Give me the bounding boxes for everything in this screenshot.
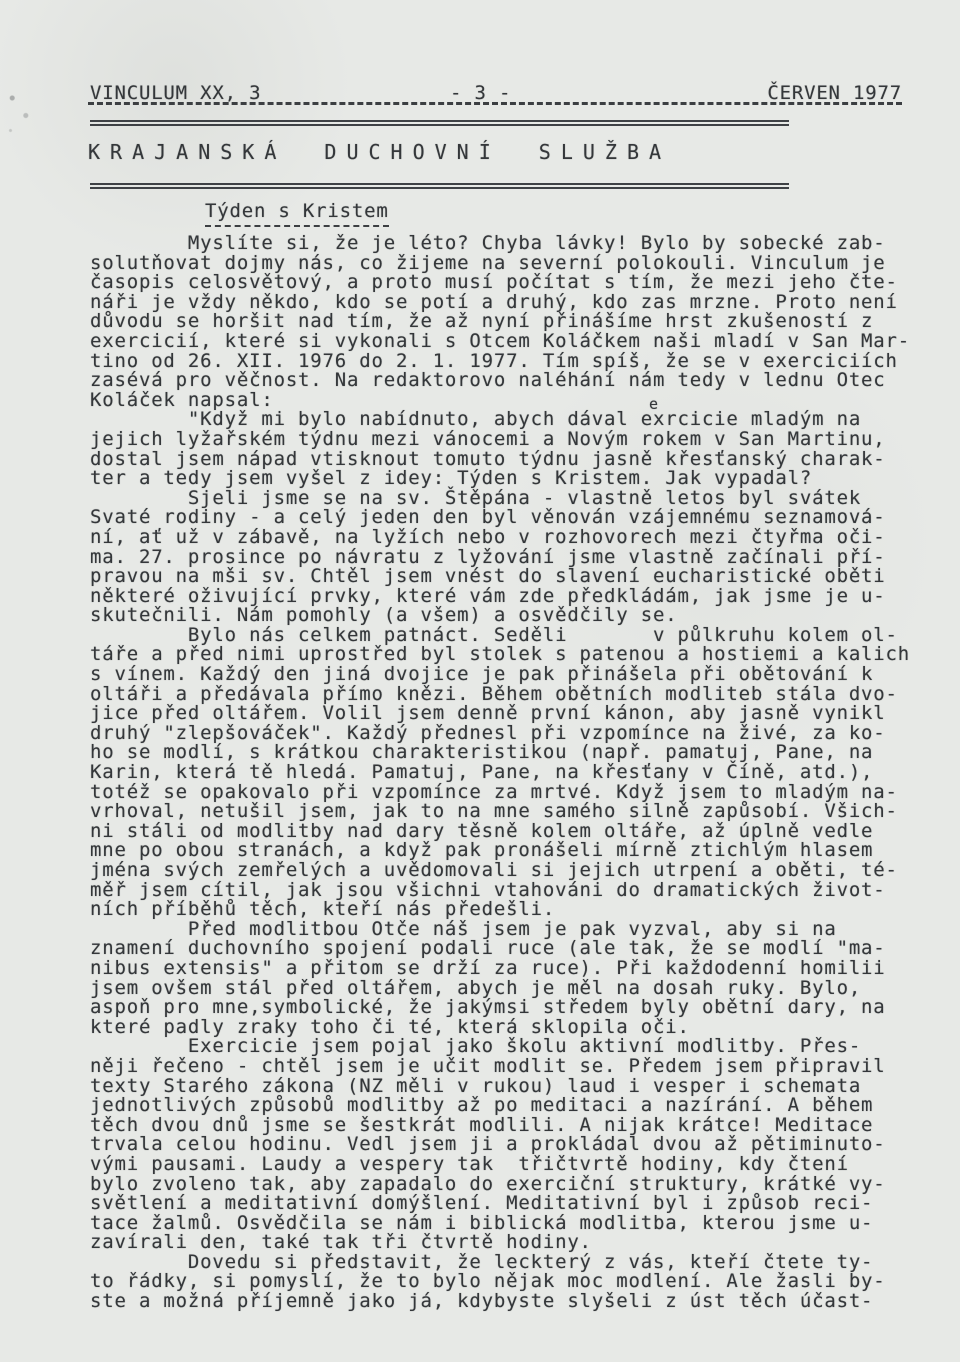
article-body: Myslíte si, že je léto? Chyba lávky! Byl…	[90, 234, 910, 1312]
document-page: VINCULUM XX, 3 - 3 - ČERVEN 1977 KRAJANS…	[0, 0, 960, 1362]
scan-artifact	[2, 88, 36, 138]
page-number: - 3 -	[450, 82, 511, 104]
typed-correction-mark: e	[649, 395, 658, 413]
journal-title: VINCULUM XX, 3	[90, 82, 261, 104]
section-title: KRAJANSKÁ DUCHOVNÍ SLUŽBA	[88, 140, 671, 164]
issue-date: ČERVEN 1977	[767, 82, 902, 104]
divider-rule-bottom	[90, 183, 789, 189]
page-header: VINCULUM XX, 3 - 3 - ČERVEN 1977	[90, 82, 902, 104]
article-title: Týden s Kristem	[205, 200, 389, 227]
header-dashed-rule	[88, 102, 902, 105]
divider-rule-top	[90, 120, 789, 126]
